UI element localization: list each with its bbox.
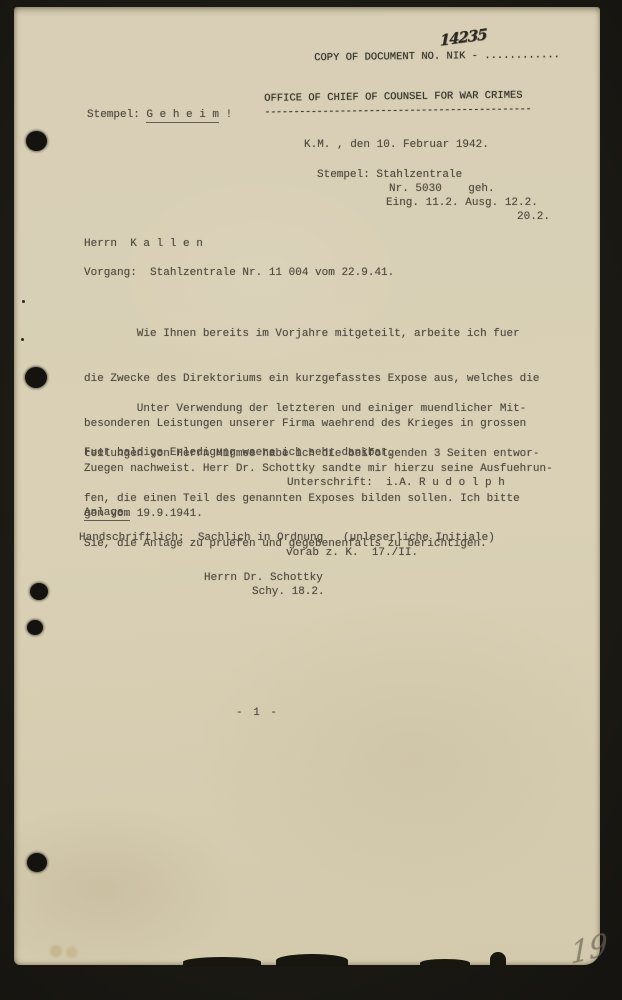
geheim-text: G e h e i m: [146, 109, 219, 123]
paper-edge-tear: [490, 952, 506, 967]
anlage-line: Anlage.: [84, 506, 130, 521]
receipt-stamp-line3: Eing. 11.2. Ausg. 12.2.: [386, 196, 538, 211]
paper-stain: [66, 947, 77, 958]
forward-note-line2: Schy. 18.2.: [252, 585, 325, 600]
stamp-divider: ----------------------------------------…: [264, 103, 560, 120]
receipt-stamp-line1: Stempel: Stahlzentrale: [317, 168, 462, 183]
handschriftlich-line1: Handschriftlich: Sachlich in Ordnung (un…: [79, 531, 495, 546]
paper-stain: [50, 945, 62, 957]
dateline: K.M. , den 10. Februar 1942.: [304, 138, 489, 153]
paper-edge-tear: [276, 954, 348, 967]
stamp-line1-text: COPY OF DOCUMENT NO. NIK - ............: [314, 49, 560, 64]
handwritten-document-number: 14235: [440, 28, 487, 48]
punch-hole: [30, 583, 48, 600]
reference-line: Vorgang: Stahlzentrale Nr. 11 004 vom 22…: [84, 266, 394, 281]
recipient-line: Herrn K a l l e n: [84, 237, 203, 252]
stempel-label: Stempel:: [87, 109, 146, 121]
paragraph-2-line: fen, die einen Teil des genannten Expose…: [84, 492, 539, 507]
handschriftlich-line2: vorab z. K. 17./II.: [286, 546, 418, 561]
paper-speck: [22, 300, 25, 303]
pencil-archive-number: 19: [571, 927, 608, 972]
document-page: COPY OF DOCUMENT NO. NIK - ............ …: [14, 7, 600, 965]
paper-speck: [21, 338, 24, 341]
stamp-line-document-number: COPY OF DOCUMENT NO. NIK - ............ …: [264, 35, 561, 93]
punch-hole: [26, 131, 47, 151]
classification-line: Stempel: G e h e i m !: [87, 108, 232, 123]
paper-edge-tear: [420, 959, 470, 967]
geheim-suffix: !: [219, 109, 232, 121]
receipt-stamp-line2: Nr. 5030 geh.: [389, 182, 495, 197]
occ-stamp: COPY OF DOCUMENT NO. NIK - ............ …: [264, 35, 561, 120]
signature-line: Unterschrift: i.A. R u d o l p h: [287, 476, 505, 491]
receipt-stamp-line4: 20.2.: [517, 210, 550, 225]
forward-note-line1: Herrn Dr. Schottky: [204, 571, 323, 586]
photographed-document: COPY OF DOCUMENT NO. NIK - ............ …: [0, 0, 622, 1000]
paragraph-3: Fuer baldige Erledigung waere ich sehr d…: [84, 446, 394, 461]
page-number: - 1 -: [236, 706, 279, 721]
paper-edge-tear: [183, 957, 261, 967]
paragraph-1-line: Wie Ihnen bereits im Vorjahre mitgeteilt…: [84, 327, 553, 342]
punch-hole: [25, 367, 47, 388]
punch-hole: [27, 620, 43, 635]
paragraph-2-line: Unter Verwendung der letzteren und einig…: [84, 402, 539, 417]
anlage-text: Anlage.: [84, 507, 130, 521]
punch-hole: [27, 853, 47, 872]
